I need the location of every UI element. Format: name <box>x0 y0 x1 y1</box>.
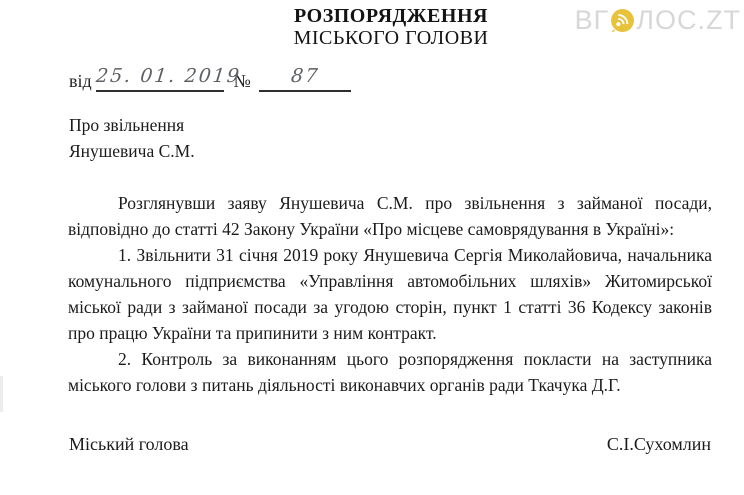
date-blank-line: 25. 01. 2019 <box>96 66 224 92</box>
date-number-line: від25. 01. 2019№87 <box>69 66 351 92</box>
watermark-text-suffix: ЛОС.ZT <box>636 5 741 36</box>
signer-position: Міський голова <box>69 434 189 455</box>
speaker-signal-icon <box>610 8 635 33</box>
body-paragraph: 1. Звільнити 31 січня 2019 року Янушевич… <box>68 242 712 346</box>
body-paragraph: Розглянувши заяву Янушевича С.М. про зві… <box>68 190 712 242</box>
scan-artifact <box>0 376 3 412</box>
body-paragraph: 2. Контроль за виконанням цього розпоряд… <box>68 346 712 398</box>
subject-line-2: Янушевича С.М. <box>69 138 195 164</box>
vgolos-zt-watermark: ВГ ЛОС.ZT <box>575 5 741 36</box>
signature-line: Міський голова С.І.Сухомлин <box>69 434 711 455</box>
number-blank-line: 87 <box>259 66 351 92</box>
handwritten-date: 25. 01. 2019 <box>95 65 242 87</box>
signer-name: С.І.Сухомлин <box>607 434 711 455</box>
subject-line-1: Про звільнення <box>69 112 195 138</box>
date-label: від <box>69 71 92 91</box>
document-subject: Про звільнення Янушевича С.М. <box>69 112 195 164</box>
watermark-text-prefix: ВГ <box>575 5 610 36</box>
handwritten-number: 87 <box>290 65 320 87</box>
document-page: РОЗПОРЯДЖЕННЯ МІСЬКОГО ГОЛОВИ ВГ ЛОС.ZT … <box>0 0 744 495</box>
document-body: Розглянувши заяву Янушевича С.М. про зві… <box>68 190 712 398</box>
